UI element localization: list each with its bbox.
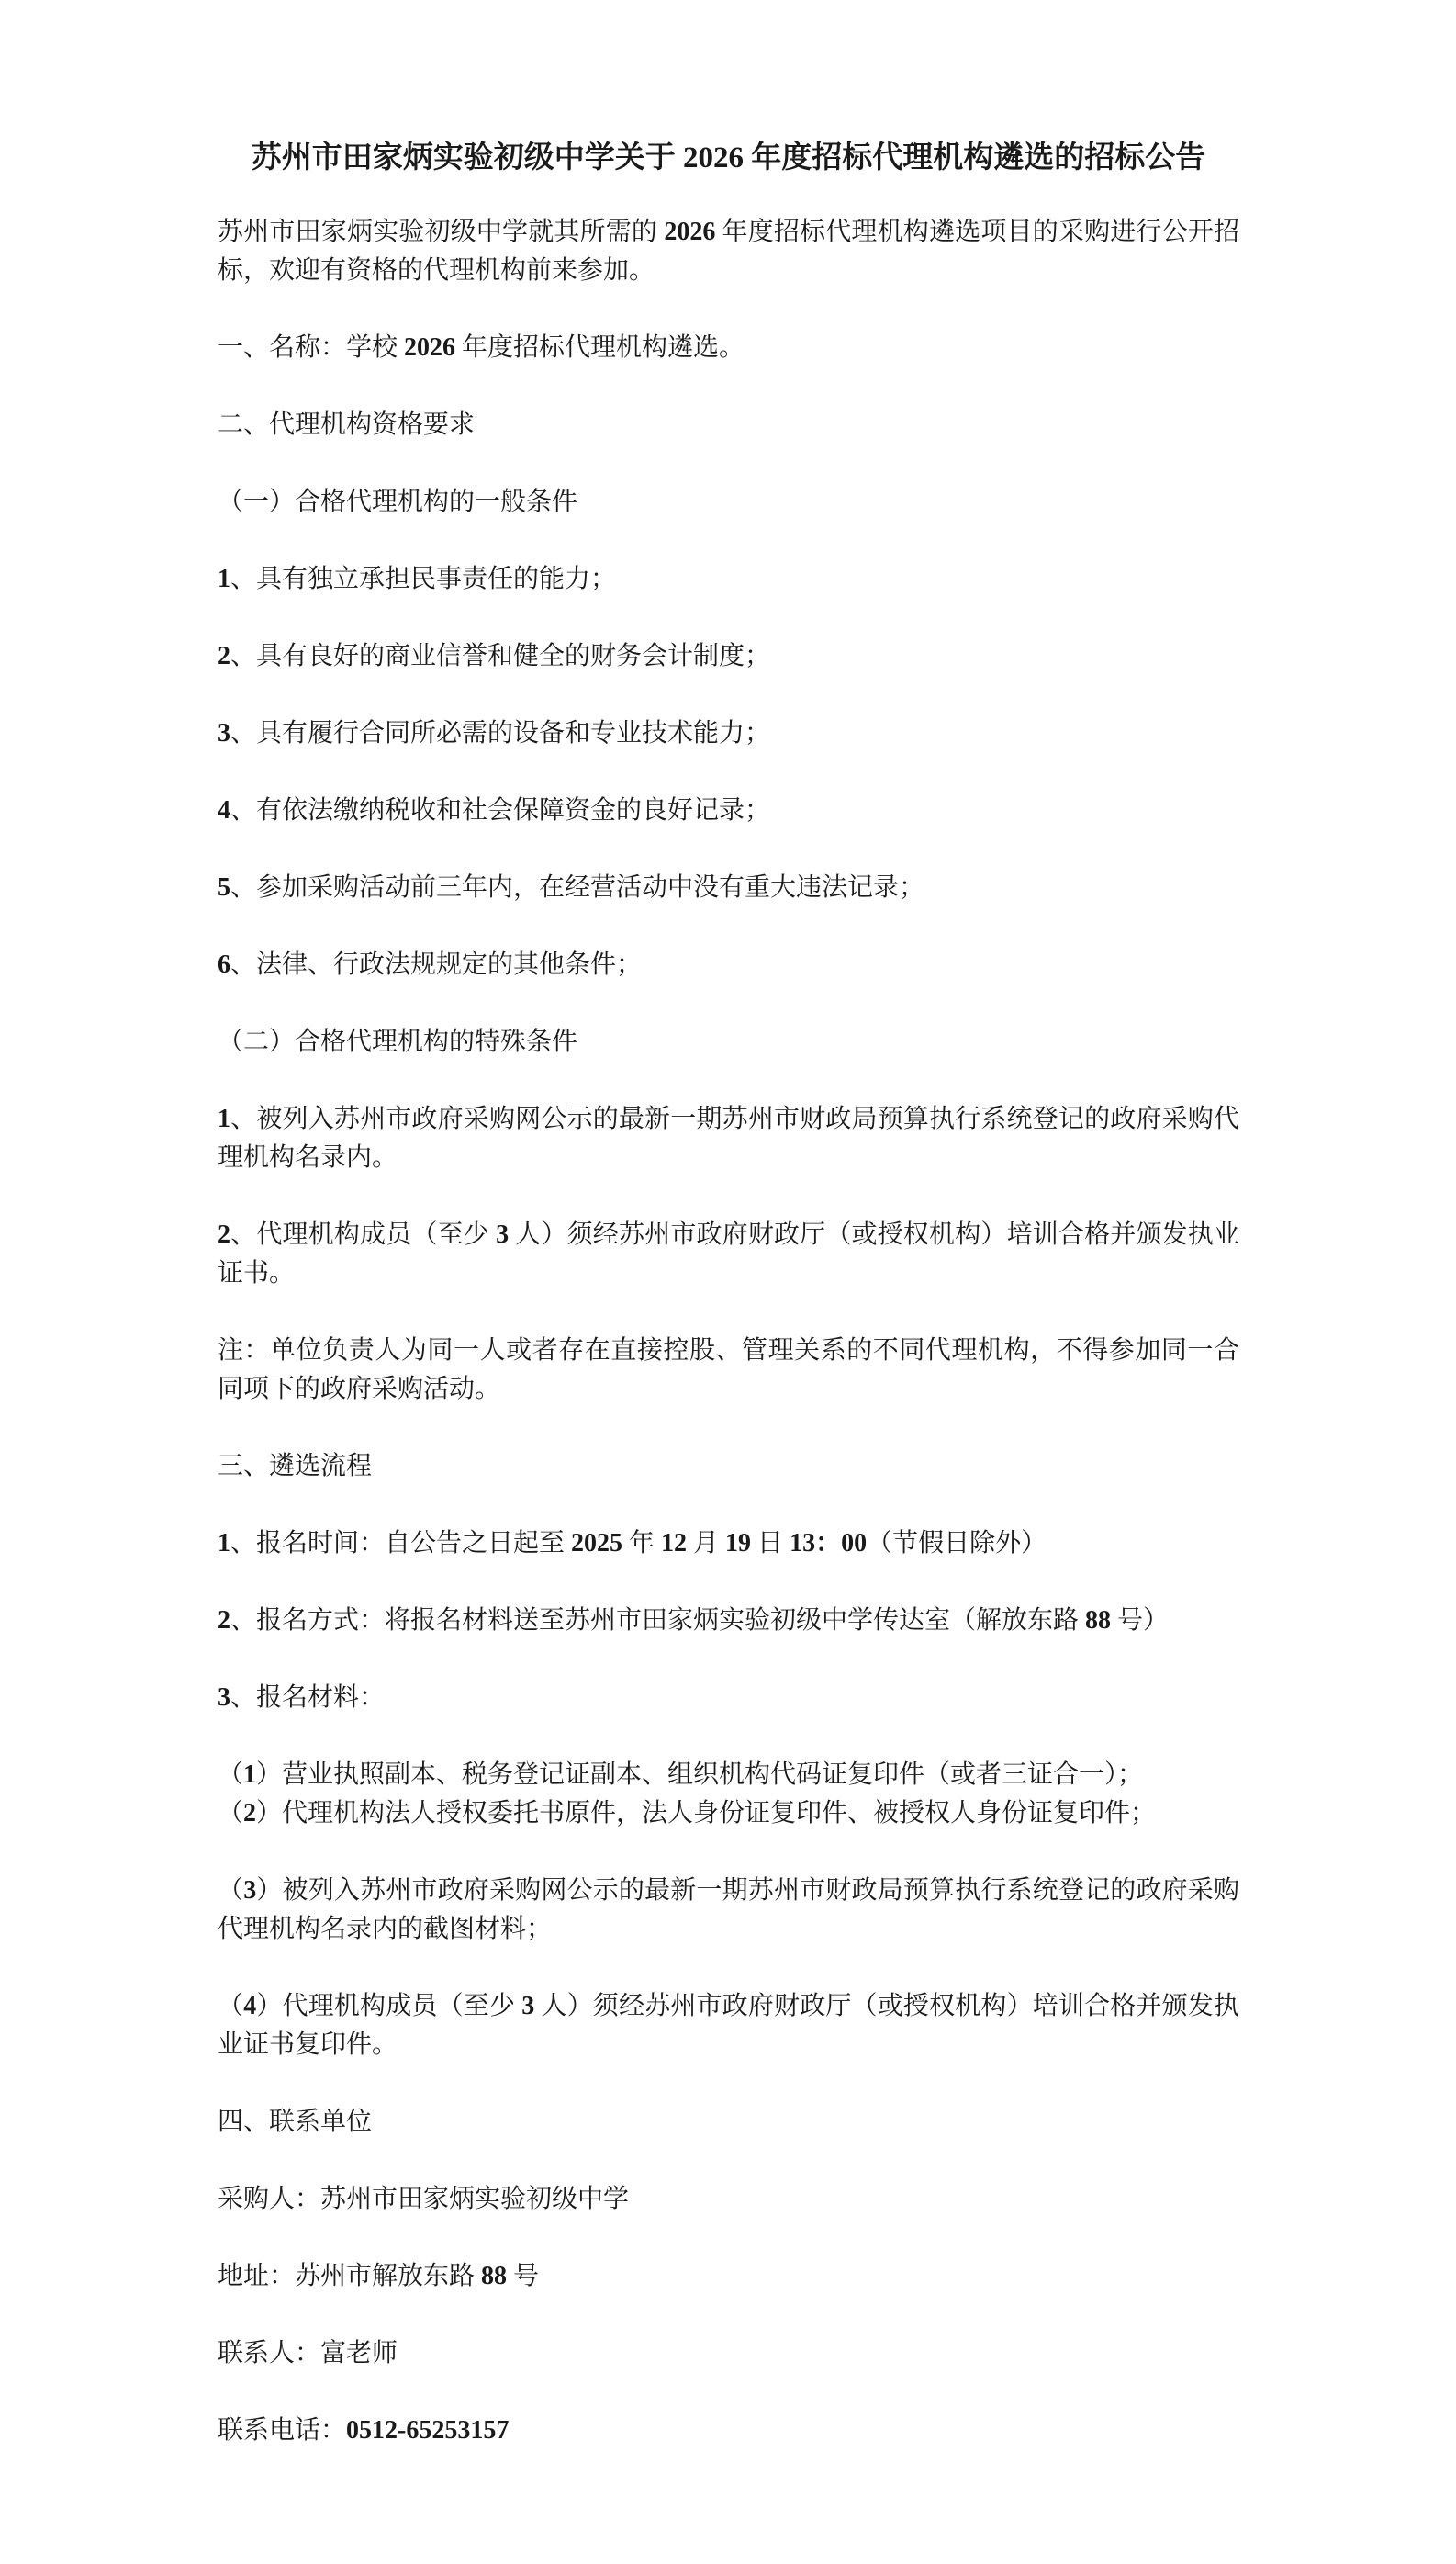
paragraph: 四、联系单位 <box>218 2103 1239 2142</box>
paragraph: 联系人：富老师 <box>218 2334 1239 2373</box>
paragraph: 5、参加采购活动前三年内，在经营活动中没有重大违法记录； <box>218 869 1239 907</box>
numeric-text: 2 <box>218 1220 230 1249</box>
numeric-text: 4 <box>243 1992 256 2020</box>
numeric-text: 88 <box>481 2262 507 2290</box>
numeric-text: 13：00 <box>790 1529 867 1558</box>
numeric-text: 2 <box>218 1606 230 1635</box>
paragraph: 二、代理机构资格要求 <box>218 406 1239 444</box>
numeric-text: 4 <box>218 796 230 825</box>
paragraph: 1、具有独立承担民事责任的能力； <box>218 560 1239 599</box>
paragraph: 6、法律、行政法规规定的其他条件； <box>218 946 1239 984</box>
paragraph: （二）合格代理机构的特殊条件 <box>218 1023 1239 1062</box>
numeric-text: 1 <box>218 1105 230 1133</box>
numeric-text: 2 <box>218 642 230 670</box>
numeric-text: 3 <box>218 1683 230 1712</box>
paragraph: 苏州市田家炳实验初级中学就其所需的 2026 年度招标代理机构遴选项目的采购进行… <box>218 213 1239 290</box>
numeric-text: 1 <box>243 1760 256 1789</box>
numeric-text: 3 <box>218 719 230 748</box>
numeric-text: 1 <box>218 1529 230 1558</box>
paragraph: 2、具有良好的商业信誉和健全的财务会计制度； <box>218 637 1239 676</box>
paragraph: 1、报名时间：自公告之日起至 2025 年 12 月 19 日 13：00（节假… <box>218 1524 1239 1563</box>
numeric-text: 6 <box>218 950 230 979</box>
paragraph: 3、具有履行合同所必需的设备和专业技术能力； <box>218 714 1239 753</box>
numeric-text: 12 <box>661 1529 687 1558</box>
document-body: 苏州市田家炳实验初级中学就其所需的 2026 年度招标代理机构遴选项目的采购进行… <box>218 213 1239 2450</box>
document-title: 苏州市田家炳实验初级中学关于 2026 年度招标代理机构遴选的招标公告 <box>218 138 1239 178</box>
paragraph: （4）代理机构成员（至少 3 人）须经苏州市政府财政厅（或授权机构）培训合格并颁… <box>218 1987 1239 2064</box>
paragraph: 三、遴选流程 <box>218 1447 1239 1486</box>
numeric-text: 0512-65253157 <box>346 2416 509 2445</box>
paragraph: 采购人：苏州市田家炳实验初级中学 <box>218 2180 1239 2219</box>
paragraph: 注：单位负责人为同一人或者存在直接控股、管理关系的不同代理机构，不得参加同一合同… <box>218 1332 1239 1409</box>
paragraph: 2、报名方式：将报名材料送至苏州市田家炳实验初级中学传达室（解放东路 88 号） <box>218 1602 1239 1640</box>
numeric-text: 1 <box>218 565 230 593</box>
paragraph: 4、有依法缴纳税收和社会保障资金的良好记录； <box>218 792 1239 830</box>
tender-announcement-document: 苏州市田家炳实验初级中学关于 2026 年度招标代理机构遴选的招标公告 苏州市田… <box>0 0 1456 2564</box>
paragraph: （1）营业执照副本、税务登记证副本、组织机构代码证复印件（或者三证合一）；（2）… <box>218 1756 1239 1833</box>
numeric-text: 88 <box>1085 1606 1111 1635</box>
paragraph: 1、被列入苏州市政府采购网公示的最新一期苏州市财政局预算执行系统登记的政府采购代… <box>218 1100 1239 1177</box>
paragraph: 3、报名材料： <box>218 1679 1239 1717</box>
paragraph: 2、代理机构成员（至少 3 人）须经苏州市政府财政厅（或授权机构）培训合格并颁发… <box>218 1216 1239 1293</box>
numeric-text: 3 <box>496 1220 509 1249</box>
numeric-text: 5 <box>218 873 230 902</box>
paragraph: 一、名称：学校 2026 年度招标代理机构遴选。 <box>218 329 1239 367</box>
numeric-text: 19 <box>725 1529 751 1558</box>
numeric-text: 2026 <box>664 218 715 246</box>
paragraph: 联系电话：0512-65253157 <box>218 2412 1239 2450</box>
paragraph: 地址：苏州市解放东路 88 号 <box>218 2257 1239 2296</box>
numeric-text: 2025 <box>571 1529 622 1558</box>
paragraph: （3）被列入苏州市政府采购网公示的最新一期苏州市财政局预算执行系统登记的政府采购… <box>218 1872 1239 1949</box>
numeric-text: 3 <box>243 1876 256 1905</box>
numeric-text: 2026 <box>404 333 455 362</box>
paragraph: （一）合格代理机构的一般条件 <box>218 483 1239 522</box>
numeric-text: 2 <box>243 1799 256 1827</box>
numeric-text: 3 <box>521 1992 534 2020</box>
